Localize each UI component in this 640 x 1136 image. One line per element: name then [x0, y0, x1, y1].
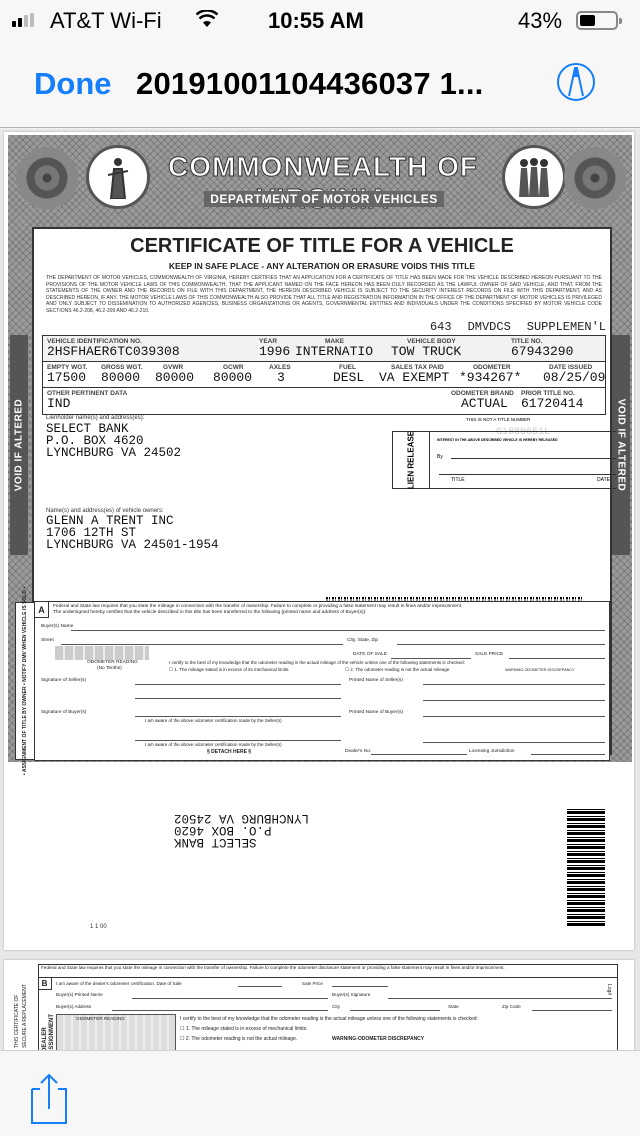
- year: 1996: [259, 345, 290, 359]
- document-page-2: THIS CERTIFICATE OF SECURE A REPLACEMENT…: [4, 960, 634, 1050]
- owner-address: GLENN A TRENT INC 1706 12TH ST LYNCHBURG…: [46, 515, 219, 551]
- title-number: 67943290: [511, 345, 573, 359]
- make: INTERNATIO: [295, 345, 373, 359]
- odometer-box: [55, 646, 149, 660]
- certificate-text: The Department of Motor Vehicles, Common…: [46, 275, 602, 314]
- battery-icon: [576, 11, 618, 30]
- mailing-address-upside-down: SELECT BANK P.O. BOX 4620 LYNCHBURG VA 2…: [174, 812, 309, 848]
- vehicle-row-1: VEHICLE IDENTIFICATION NO.2HSFHAER6TC039…: [43, 336, 605, 362]
- pdf-viewer-screen: AT&T Wi-Fi 10:55 AM 43% Done 20191001104…: [0, 0, 640, 1136]
- great-seal-icon: [502, 145, 566, 209]
- done-button[interactable]: Done: [34, 66, 112, 102]
- carrier-name: AT&T Wi-Fi: [50, 8, 162, 34]
- page-code: 1 1 00: [90, 924, 107, 930]
- assignment-section-a: • ASSIGNMENT OF TITLE BY OWNER • NOTIFY …: [34, 601, 610, 761]
- rosette-emblem-icon: [16, 147, 78, 209]
- cell-signal-icon: [12, 13, 34, 27]
- odometer: *934267*: [459, 371, 521, 385]
- share-icon: [30, 1073, 70, 1125]
- vin: 2HSFHAER6TC039308: [47, 345, 180, 359]
- share-button[interactable]: [30, 1073, 70, 1125]
- battery-percent: 43%: [518, 8, 562, 34]
- vehicle-row-3: OTHER PERTINENT DATAIND ODOMETER BRANDAC…: [43, 388, 605, 414]
- certificate-subtitle: KEEP IN SAFE PLACE - ANY ALTERATION OR E…: [34, 261, 610, 271]
- document-page-1: COMMONWEALTH OF VIRGINIA DEPARTMENT OF M…: [4, 132, 634, 950]
- void-side-left: VOID IF ALTERED: [10, 335, 28, 555]
- certificate-title: CERTIFICATE OF TITLE FOR A VEHICLE: [34, 235, 610, 258]
- navigation-bar: Done 20191001104436037 1...: [0, 40, 640, 128]
- vehicle-row-2: EMPTY WGT.17500 GROSS WGT.80000 GVWR8000…: [43, 362, 605, 388]
- vehicle-data-grid: VEHICLE IDENTIFICATION NO.2HSFHAER6TC039…: [42, 335, 606, 415]
- document-viewer[interactable]: COMMONWEALTH OF VIRGINIA DEPARTMENT OF M…: [0, 129, 640, 1050]
- lien-release-box: LIEN RELEASE INTEREST IN THE ABOVE DESCR…: [392, 431, 616, 489]
- bottom-toolbar: [0, 1050, 640, 1136]
- clock: 10:55 AM: [268, 8, 364, 34]
- detach-here: § DETACH HERE §: [207, 749, 251, 755]
- vehicle-body: TOW TRUCK: [391, 345, 461, 359]
- dealer-assignment-section-b: THIS CERTIFICATE OF SECURE A REPLACEMENT…: [12, 964, 624, 1050]
- mail-barcode: [567, 808, 605, 926]
- document-title: 20191001104436037 1...: [136, 66, 483, 102]
- wifi-icon: [196, 10, 218, 28]
- supplement-line: 643DMVDCSSUPPLEMEN'L: [414, 320, 606, 334]
- status-bar: AT&T Wi-Fi 10:55 AM 43%: [0, 0, 640, 40]
- markup-pen-icon[interactable]: [556, 60, 596, 104]
- rosette-emblem-icon: [564, 147, 626, 209]
- dmv-banner: DEPARTMENT OF MOTOR VEHICLES: [204, 191, 444, 207]
- lienholder-address: SELECT BANK P.O. BOX 4620 LYNCHBURG VA 2…: [46, 423, 181, 459]
